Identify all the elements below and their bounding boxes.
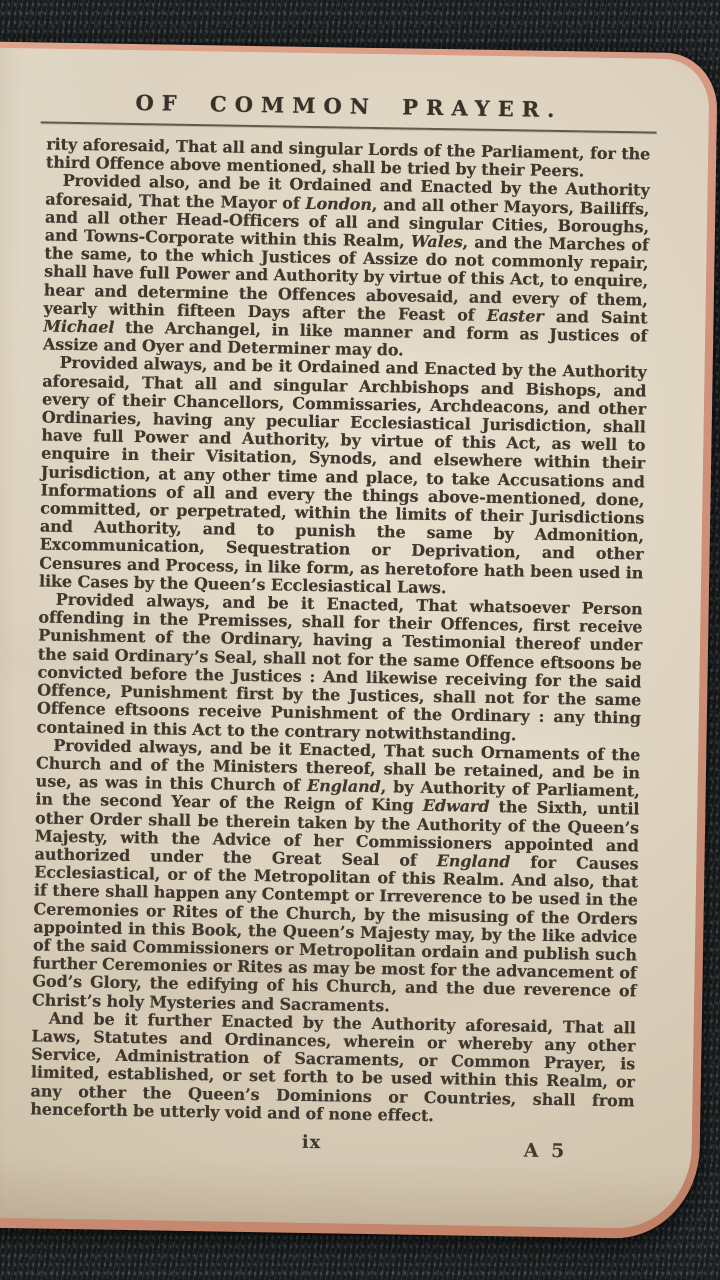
- body-text: for Causes Ecclesiastical, or of the Met…: [32, 852, 639, 1015]
- head-rule: [41, 121, 657, 133]
- body-text: Provided always, and be it Enacted, That…: [36, 590, 642, 744]
- book-page: OF COMMON PRAYER. rity aforesaid, That a…: [0, 48, 710, 1230]
- paragraph: Provided always, and be it Enacted, That…: [36, 591, 642, 747]
- page-number: ix: [302, 1132, 322, 1153]
- photo-background-fabric: OF COMMON PRAYER. rity aforesaid, That a…: [0, 0, 720, 1280]
- book: OF COMMON PRAYER. rity aforesaid, That a…: [0, 42, 718, 1240]
- italic-text: Edward: [423, 796, 490, 816]
- body-text: Provided always, and be it Ordained and …: [39, 353, 647, 597]
- page-footer: ix A 5: [29, 1127, 634, 1177]
- paragraph: Provided always, and be it Ordained and …: [39, 354, 647, 601]
- running-head-title: OF COMMON PRAYER.: [47, 89, 651, 124]
- italic-text: London: [305, 193, 372, 213]
- italic-text: England: [437, 851, 511, 871]
- paragraph: And be it further Enacted by the Authori…: [30, 1009, 636, 1128]
- italic-text: Easter: [487, 306, 544, 326]
- paragraph: Provided also, and be it Ordained and En…: [43, 172, 650, 364]
- body-text: And be it further Enacted by the Authori…: [30, 1008, 636, 1124]
- page-text: rity aforesaid, That all and singular Lo…: [30, 136, 650, 1129]
- italic-text: Michael: [43, 317, 114, 337]
- page-content: OF COMMON PRAYER. rity aforesaid, That a…: [0, 48, 710, 1230]
- italic-text: Wales: [411, 232, 463, 252]
- paragraph: Provided always, and be it Enacted, That…: [32, 736, 640, 1019]
- italic-text: England: [307, 776, 381, 796]
- signature-mark: A 5: [524, 1140, 568, 1163]
